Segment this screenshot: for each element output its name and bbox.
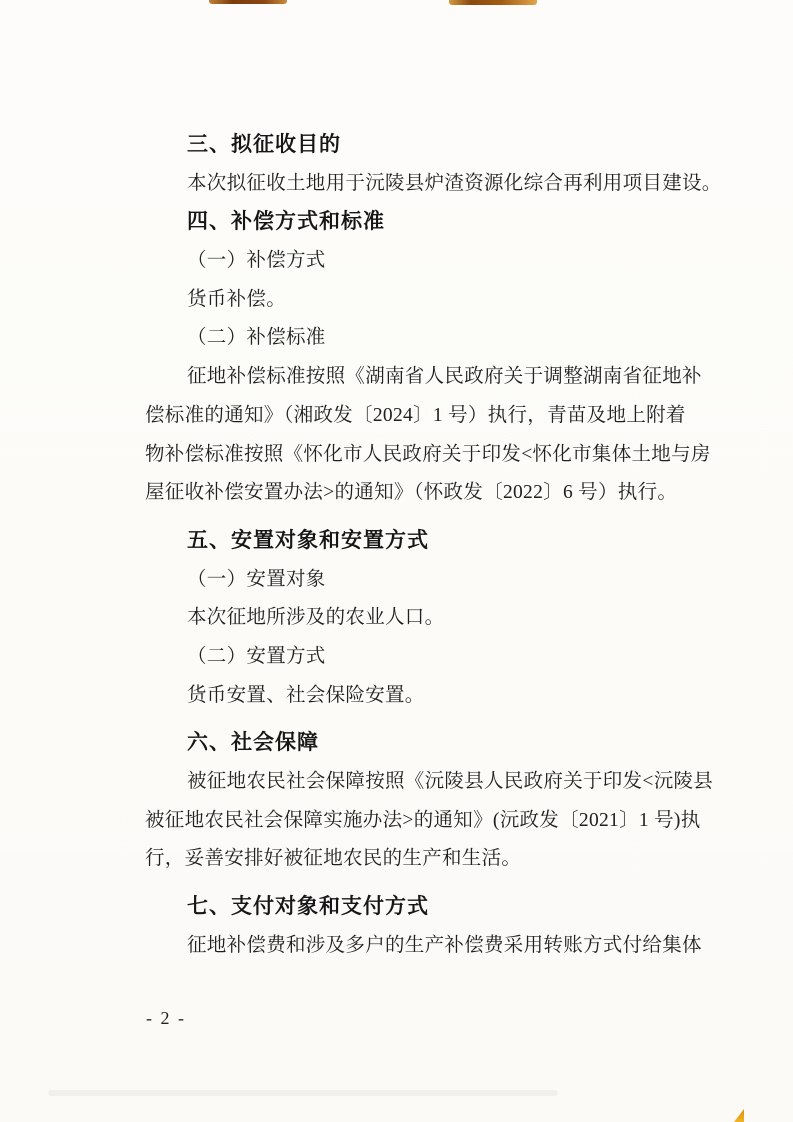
- paragraph-line: 本次征地所涉及的农业人口。: [145, 599, 760, 638]
- paragraph-line: 征地补偿标准按照《湖南省人民政府关于调整湖南省征地补: [145, 358, 760, 397]
- section-heading-3: 三、拟征收目的: [145, 126, 760, 165]
- scan-smudge-top-left: [209, 0, 287, 4]
- subheading-line: （二）安置方式: [145, 638, 760, 677]
- subheading-line: （一）安置对象: [145, 561, 760, 600]
- paragraph-line: 被征地农民社会保障实施办法>的通知》(沅政发〔2021〕1 号)执: [145, 802, 760, 841]
- scanned-document-page: 三、拟征收目的 本次拟征收土地用于沅陵县炉渣资源化综合再利用项目建设。 四、补偿…: [0, 0, 793, 1122]
- scan-streak: [48, 1090, 558, 1096]
- paragraph-line: 偿标准的通知》（湘政发〔2024〕1 号）执行，青苗及地上附着: [145, 397, 760, 436]
- paragraph-line: 被征地农民社会保障按照《沅陵县人民政府关于印发<沅陵县: [145, 763, 760, 802]
- page-number: - 2 -: [146, 1008, 186, 1029]
- document-body: 三、拟征收目的 本次拟征收土地用于沅陵县炉渣资源化综合再利用项目建设。 四、补偿…: [145, 126, 760, 965]
- paragraph-line: 货币安置、社会保险安置。: [145, 677, 760, 716]
- paragraph-line: 物补偿标准按照《怀化市人民政府关于印发<怀化市集体土地与房: [145, 436, 760, 475]
- section-heading-6: 六、社会保障: [145, 724, 760, 763]
- paragraph-line: 征地补偿费和涉及多户的生产补偿费采用转账方式付给集体: [145, 927, 760, 966]
- paragraph-line: 本次拟征收土地用于沅陵县炉渣资源化综合再利用项目建设。: [145, 165, 760, 204]
- subheading-line: （二）补偿标准: [145, 319, 760, 358]
- paragraph-line: 货币补偿。: [145, 281, 760, 320]
- paragraph-line: 屋征收补偿安置办法>的通知》（怀政发〔2022〕6 号）执行。: [145, 474, 760, 513]
- section-heading-4: 四、补偿方式和标准: [145, 203, 760, 242]
- section-heading-5: 五、安置对象和安置方式: [145, 522, 760, 561]
- corner-fold-mark: [734, 1109, 744, 1122]
- section-heading-7: 七、支付对象和支付方式: [145, 888, 760, 927]
- scan-smudge-top-right: [449, 0, 537, 5]
- paragraph-line: 行，妥善安排好被征地农民的生产和生活。: [145, 840, 760, 879]
- subheading-line: （一）补偿方式: [145, 242, 760, 281]
